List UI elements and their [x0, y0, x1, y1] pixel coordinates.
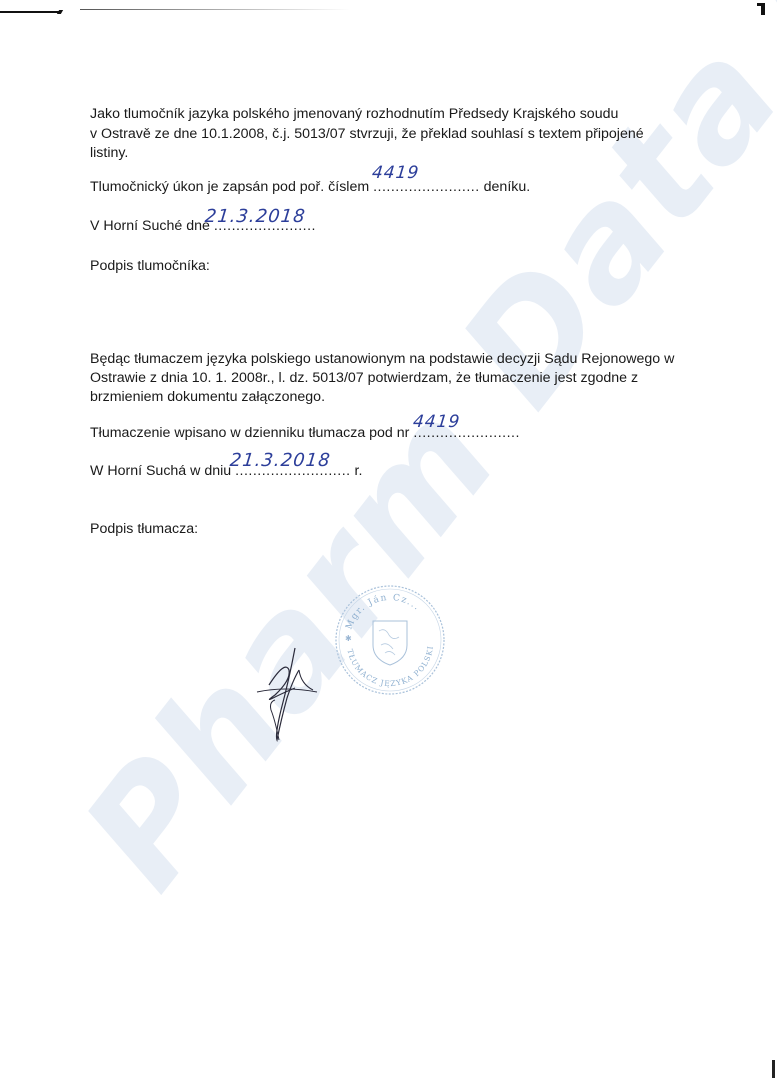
signature-icon [255, 640, 325, 750]
polish-date-handwritten: 21.3.2018 [229, 450, 332, 471]
polish-certification-line-3: brzmieniem dokumentu załączonego. [90, 387, 325, 407]
polish-signature-label: Podpis tłumacza: [90, 519, 198, 539]
polish-place-suffix: r. [351, 463, 363, 479]
czech-certification-line-2: v Ostravě ze dne 10.1.2008, č.j. 5013/07… [90, 124, 644, 144]
czech-certification-line-1: Jako tlumočník jazyka polského jmenovaný… [90, 104, 618, 124]
czech-date-handwritten: 21.3.2018 [204, 206, 307, 227]
polish-record-number-handwritten: 4419 [412, 412, 461, 432]
polish-record-prefix: Tłumaczenie wpisano w dzienniku tłumacza… [90, 425, 413, 441]
polish-place-prefix: W Horní Suchá w dniu [90, 463, 235, 479]
czech-signature-label: Podpis tlumočníka: [90, 256, 210, 276]
czech-record-prefix: Tlumočnický úkon je zapsán pod poř. čísl… [90, 179, 373, 195]
czech-place-prefix: V Horní Suché dne [90, 218, 214, 234]
svg-text:Mgr. Ján Cz...: Mgr. Ján Cz... [344, 593, 422, 631]
document-page: Pharm Data s.r.o. Jako tlumočník jazyka … [0, 0, 777, 1090]
svg-text:✱: ✱ [345, 634, 352, 643]
czech-certification-line-3: listiny. [90, 143, 128, 163]
polish-certification-line-1: Będąc tłumaczem języka polskiego ustanow… [90, 349, 674, 369]
translator-stamp-icon: Mgr. Ján Cz... TŁUMACZ JĘZYKA POLSKIEGO … [333, 583, 447, 697]
czech-record-number-handwritten: 4419 [371, 163, 420, 183]
czech-record-suffix: deníku. [480, 179, 530, 195]
polish-certification-line-2: Ostrawie z dnia 10. 1. 2008r., l. dz. 50… [90, 368, 638, 388]
czech-record-line: Tlumočnický úkon je zapsán pod poř. čísl… [90, 177, 530, 197]
